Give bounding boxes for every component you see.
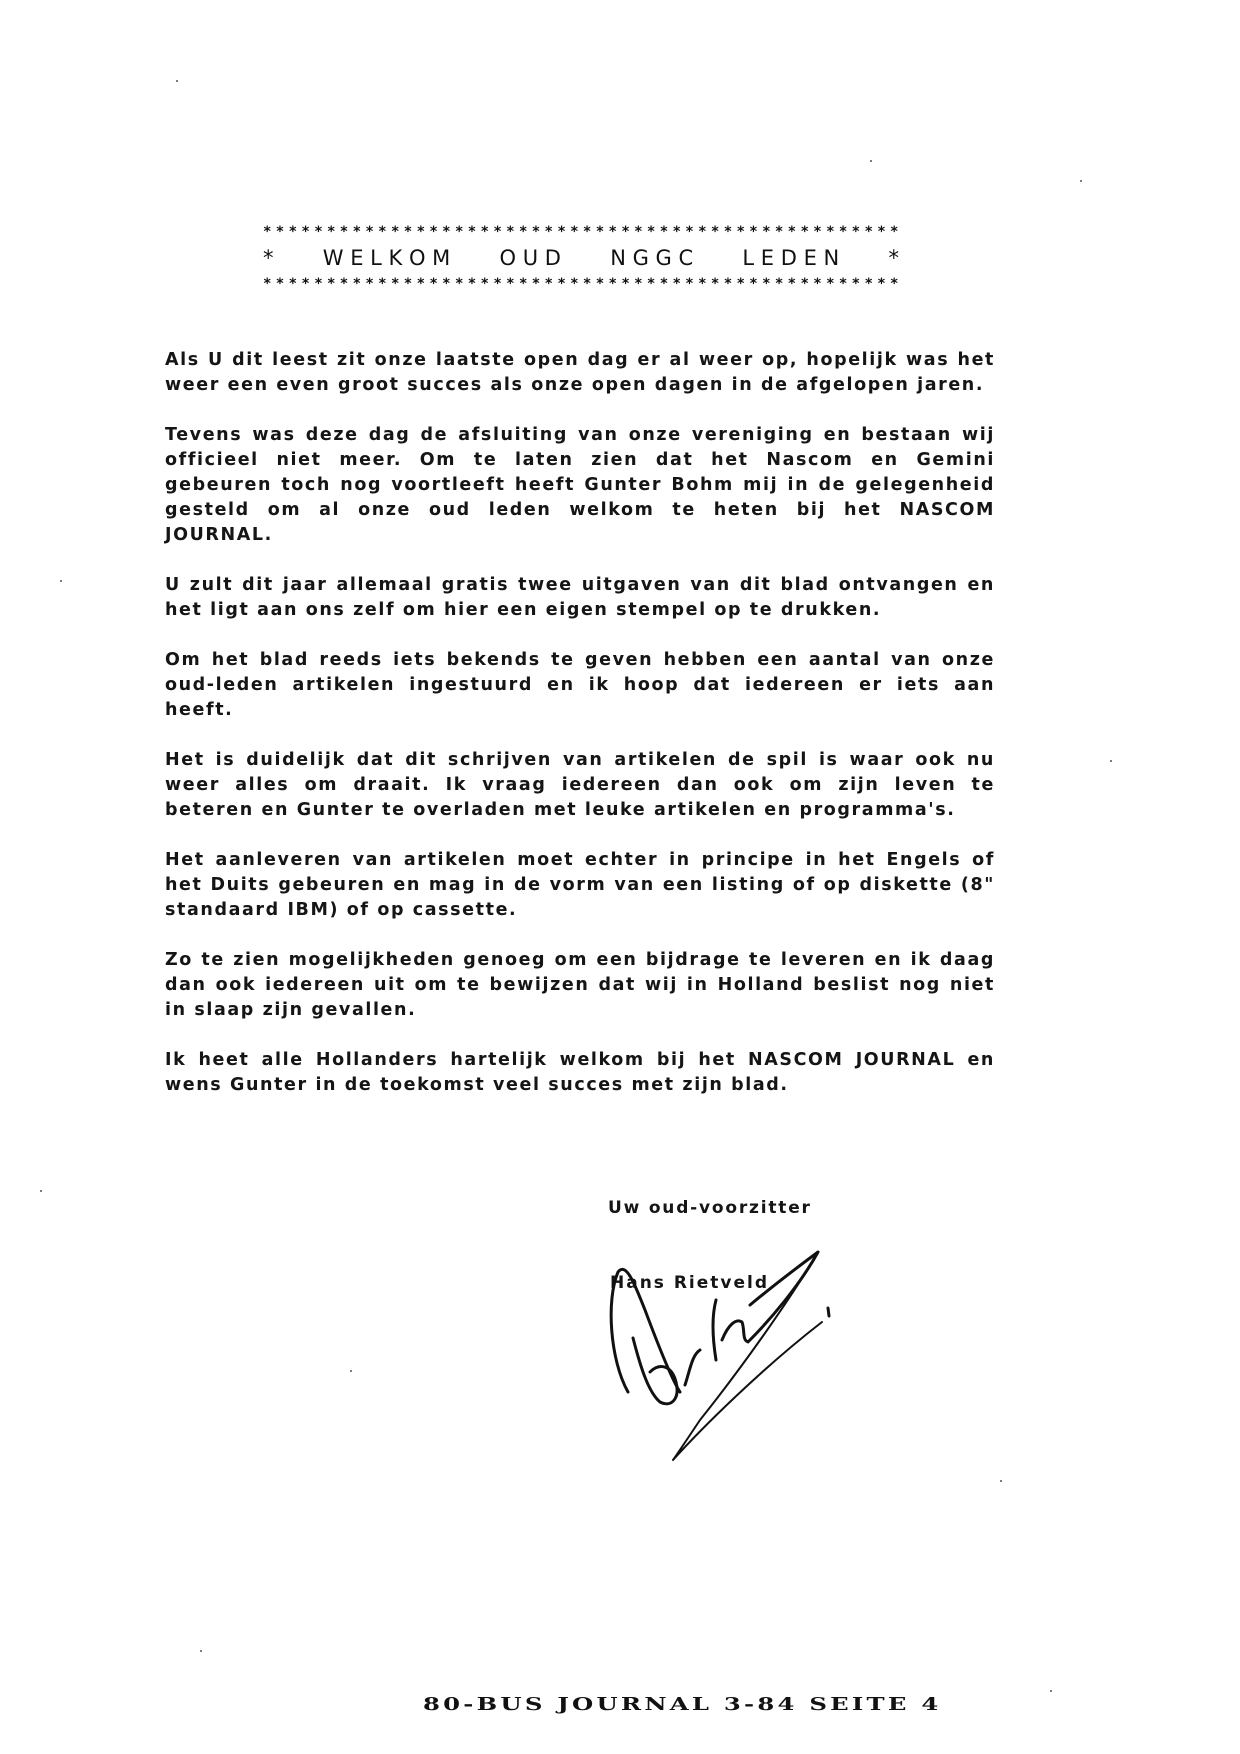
scan-speck xyxy=(1050,1690,1052,1692)
asterisk: * xyxy=(864,274,873,294)
asterisk: * xyxy=(698,222,707,242)
asterisk: * xyxy=(519,222,528,242)
asterisk: * xyxy=(890,274,899,294)
scan-speck xyxy=(40,1190,42,1192)
asterisk: * xyxy=(417,274,426,294)
asterisk: * xyxy=(468,274,477,294)
asterisk: * xyxy=(736,274,745,294)
asterisk: * xyxy=(877,222,886,242)
asterisk: * xyxy=(596,222,605,242)
asterisk: * xyxy=(775,222,784,242)
asterisk: * xyxy=(378,274,387,294)
asterisk: * xyxy=(557,222,566,242)
asterisk: * xyxy=(263,222,272,242)
asterisk: * xyxy=(455,274,464,294)
asterisk: * xyxy=(378,222,387,242)
title-word-welkom: W E L K O M xyxy=(323,242,451,274)
asterisk: * xyxy=(673,274,682,294)
scan-speck xyxy=(1080,180,1082,182)
asterisk: * xyxy=(685,274,694,294)
asterisk: * xyxy=(762,222,771,242)
scan-speck xyxy=(176,80,178,82)
asterisk: * xyxy=(839,274,848,294)
asterisk: * xyxy=(762,274,771,294)
asterisk: * xyxy=(711,222,720,242)
paragraph-5: Het is duidelijk dat dit schrijven van a… xyxy=(165,748,995,823)
asterisk: * xyxy=(365,274,374,294)
asterisk: * xyxy=(800,274,809,294)
asterisk: * xyxy=(621,274,630,294)
asterisk-border-top: ****************************************… xyxy=(263,222,899,242)
asterisk: * xyxy=(493,222,502,242)
paragraph-7: Zo te zien mogelijkheden genoeg om een b… xyxy=(165,948,995,1023)
asterisk: * xyxy=(736,222,745,242)
asterisk: * xyxy=(442,222,451,242)
asterisk: * xyxy=(609,222,618,242)
asterisk: * xyxy=(481,274,490,294)
paragraph-8: Ik heet alle Hollanders hartelijk welkom… xyxy=(165,1048,995,1098)
asterisk: * xyxy=(609,274,618,294)
asterisk: * xyxy=(391,222,400,242)
asterisk: * xyxy=(263,274,272,294)
asterisk: * xyxy=(570,274,579,294)
scan-speck xyxy=(870,160,872,162)
asterisk: * xyxy=(711,274,720,294)
asterisk: * xyxy=(583,274,592,294)
asterisk: * xyxy=(839,222,848,242)
asterisk: * xyxy=(660,222,669,242)
asterisk: * xyxy=(506,274,515,294)
asterisk: * xyxy=(276,222,285,242)
asterisk: * xyxy=(276,274,285,294)
asterisk: * xyxy=(826,222,835,242)
asterisk: * xyxy=(749,274,758,294)
asterisk: * xyxy=(685,222,694,242)
asterisk: * xyxy=(301,274,310,294)
paragraph-2: Tevens was deze dag de afsluiting van on… xyxy=(165,423,995,548)
asterisk: * xyxy=(442,274,451,294)
title-word-nggc: N G G C xyxy=(610,242,693,274)
asterisk: * xyxy=(570,222,579,242)
asterisk: * xyxy=(826,274,835,294)
asterisk: * xyxy=(596,274,605,294)
asterisk: * xyxy=(340,274,349,294)
asterisk: * xyxy=(813,222,822,242)
scan-speck xyxy=(1110,760,1112,762)
asterisk: * xyxy=(852,222,861,242)
scan-speck xyxy=(350,1370,352,1372)
title-word-leden: L E D E N xyxy=(742,242,839,274)
asterisk: * xyxy=(532,274,541,294)
asterisk: * xyxy=(877,274,886,294)
asterisk: * xyxy=(365,222,374,242)
asterisk: * xyxy=(788,222,797,242)
asterisk: * xyxy=(289,222,298,242)
title-banner: ****************************************… xyxy=(263,222,899,294)
page-title: * W E L K O M O U D N G G C L E D E N * xyxy=(263,242,899,274)
asterisk: * xyxy=(788,274,797,294)
asterisk: * xyxy=(775,274,784,294)
asterisk: * xyxy=(417,222,426,242)
asterisk: * xyxy=(890,222,899,242)
asterisk: * xyxy=(493,274,502,294)
asterisk: * xyxy=(532,222,541,242)
asterisk: * xyxy=(724,274,733,294)
asterisk: * xyxy=(327,274,336,294)
asterisk: * xyxy=(800,222,809,242)
paragraph-3: U zult dit jaar allemaal gratis twee uit… xyxy=(165,573,995,623)
asterisk: * xyxy=(634,222,643,242)
asterisk: * xyxy=(634,274,643,294)
asterisk: * xyxy=(724,222,733,242)
asterisk: * xyxy=(864,222,873,242)
asterisk: * xyxy=(545,222,554,242)
paragraph-6: Het aanleveren van artikelen moet echter… xyxy=(165,848,995,923)
scan-speck xyxy=(1000,1480,1002,1482)
asterisk: * xyxy=(673,222,682,242)
asterisk: * xyxy=(749,222,758,242)
asterisk: * xyxy=(404,274,413,294)
asterisk: * xyxy=(647,222,656,242)
asterisk: * xyxy=(327,222,336,242)
asterisk: * xyxy=(506,222,515,242)
asterisk: * xyxy=(698,274,707,294)
asterisk: * xyxy=(353,222,362,242)
scan-speck xyxy=(200,1650,202,1652)
asterisk: * xyxy=(557,274,566,294)
asterisk: * xyxy=(519,274,528,294)
asterisk: * xyxy=(621,222,630,242)
asterisk: * xyxy=(314,274,323,294)
asterisk-border-bottom: ****************************************… xyxy=(263,274,899,294)
asterisk: * xyxy=(340,222,349,242)
title-star-right: * xyxy=(888,242,899,274)
paragraph-1: Als U dit leest zit onze laatste open da… xyxy=(165,348,995,398)
asterisk: * xyxy=(429,274,438,294)
asterisk: * xyxy=(301,222,310,242)
title-word-oud: O U D xyxy=(500,242,561,274)
asterisk: * xyxy=(647,274,656,294)
closing-line: Uw oud-voorzitter xyxy=(608,1198,812,1218)
signer-name: Hans Rietveld xyxy=(610,1273,769,1293)
asterisk: * xyxy=(481,222,490,242)
asterisk: * xyxy=(468,222,477,242)
page-footer: 80-BUS JOURNAL 3-84 SEITE 4 xyxy=(423,1694,941,1715)
asterisk: * xyxy=(391,274,400,294)
letter-body: Als U dit leest zit onze laatste open da… xyxy=(165,348,995,1123)
asterisk: * xyxy=(455,222,464,242)
asterisk: * xyxy=(429,222,438,242)
asterisk: * xyxy=(852,274,861,294)
scan-speck xyxy=(60,580,62,582)
paragraph-4: Om het blad reeds iets bekends te geven … xyxy=(165,648,995,723)
asterisk: * xyxy=(314,222,323,242)
asterisk: * xyxy=(545,274,554,294)
asterisk: * xyxy=(660,274,669,294)
asterisk: * xyxy=(813,274,822,294)
asterisk: * xyxy=(353,274,362,294)
title-star-left: * xyxy=(263,242,274,274)
asterisk: * xyxy=(289,274,298,294)
asterisk: * xyxy=(404,222,413,242)
asterisk: * xyxy=(583,222,592,242)
